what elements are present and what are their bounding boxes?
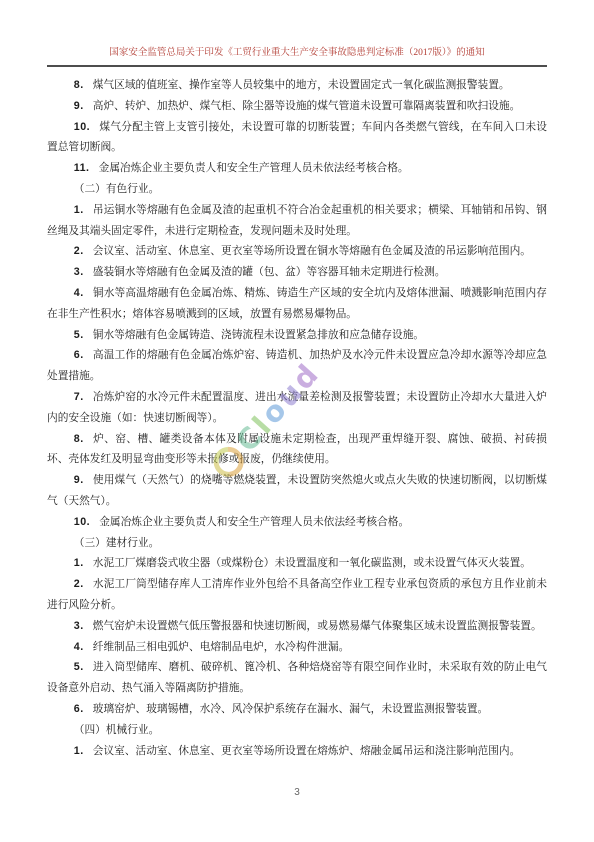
paragraph: 9.高炉、转炉、加热炉、煤气柜、除尘器等设施的煤气管道未设置可靠隔离装置和吹扫设…	[47, 96, 547, 117]
item-number: 10.	[74, 121, 90, 133]
item-number: 6.	[74, 703, 84, 715]
item-number: 8.	[74, 433, 84, 445]
item-text: 进入筒型储库、磨机、破碎机、篦冷机、各种焙烧窑等有限空间作业时，未采取有效的防止…	[47, 661, 547, 694]
item-number: 2.	[74, 245, 84, 257]
item-number: 6.	[74, 349, 84, 361]
item-text: 水泥工厂筒型储存库人工清库作业外包给不具备高空作业工程专业承包资质的承包方且作业…	[47, 578, 547, 611]
item-text: 高炉、转炉、加热炉、煤气柜、除尘器等设施的煤气管道未设置可靠隔离装置和吹扫设施。	[93, 100, 521, 112]
document-page: 国家安全监管总局关于印发《工贸行业重大生产安全事故隐患判定标准（2017版）》的…	[0, 0, 594, 842]
item-text: 吊运铜水等熔融有色金属及渣的起重机不符合冶金起重机的相关要求；横梁、耳轴销和吊钩…	[47, 204, 547, 237]
item-number: 1.	[74, 557, 84, 569]
item-number: 5.	[74, 329, 84, 341]
paragraph: 5.进入筒型储库、磨机、破碎机、篦冷机、各种焙烧窑等有限空间作业时，未采取有效的…	[47, 657, 547, 699]
item-number: 11.	[74, 162, 90, 174]
paragraph: 2.会议室、活动室、休息室、更衣室等场所设置在铜水等熔融有色金属及渣的吊运影响范…	[47, 241, 547, 262]
section-heading: （二）有色行业。	[47, 179, 547, 200]
page-number: 3	[0, 787, 594, 798]
paragraph: 3.燃气窑炉未设置燃气低压警报器和快速切断阀，或易燃易爆气体聚集区域未设置监测报…	[47, 616, 547, 637]
item-number: 2.	[74, 578, 84, 590]
item-text: （二）有色行业。	[74, 183, 160, 195]
item-text: 冶炼炉窑的水冷元件未配置温度、进出水流量差检测及报警装置；未设置防止冷却水大量进…	[47, 391, 547, 424]
paragraph: 11.金属冶炼企业主要负责人和安全生产管理人员未依法经考核合格。	[47, 158, 547, 179]
paragraph: 10.煤气分配主管上支管引接处，未设置可靠的切断装置；车间内各类燃气管线，在车间…	[47, 117, 547, 159]
item-text: 会议室、活动室、休息室、更衣室等场所设置在铜水等熔融有色金属及渣的吊运影响范围内…	[93, 245, 531, 257]
item-text: 盛装铜水等熔融有色金属及渣的罐（包、盆）等容器耳轴未定期进行检测。	[93, 266, 446, 278]
paragraph: 6.高温工作的熔融有色金属冶炼炉窑、铸造机、加热炉及水冷元件未设置应急冷却水源等…	[47, 345, 547, 387]
item-number: 4.	[74, 641, 84, 653]
item-number: 9.	[74, 100, 84, 112]
item-text: 煤气分配主管上支管引接处，未设置可靠的切断装置；车间内各类燃气管线，在车间入口未…	[47, 121, 547, 154]
item-number: 1.	[74, 745, 84, 757]
section-heading: （三）建材行业。	[47, 533, 547, 554]
item-number: 3.	[74, 266, 84, 278]
paragraph: 1.会议室、活动室、休息室、更衣室等场所设置在熔炼炉、熔融金属吊运和浇注影响范围…	[47, 741, 547, 762]
item-text: 使用煤气（天然气）的烧嘴等燃烧装置，未设置防突然熄火或点火失败的快速切断阀，以切…	[47, 474, 547, 507]
item-text: 铜水等高温熔融有色金属冶炼、精炼、铸造生产区域的安全坑内及熔体泄漏、喷溅影响范围…	[47, 287, 547, 320]
paragraph: 9.使用煤气（天然气）的烧嘴等燃烧装置，未设置防突然熄火或点火失败的快速切断阀，…	[47, 470, 547, 512]
item-text: （三）建材行业。	[74, 537, 160, 549]
paragraph: 6.玻璃窑炉、玻璃锡槽，水冷、风冷保护系统存在漏水、漏气，未设置监测报警装置。	[47, 699, 547, 720]
item-number: 1.	[74, 204, 84, 216]
document-header-title: 国家安全监管总局关于印发《工贸行业重大生产安全事故隐患判定标准（2017版）》的…	[47, 44, 547, 67]
paragraph: 4.纤维制品三相电弧炉、电熔制品电炉，水冷构件泄漏。	[47, 637, 547, 658]
item-number: 3.	[74, 620, 84, 632]
paragraph: 10.金属冶炼企业主要负责人和安全生产管理人员未依法经考核合格。	[47, 512, 547, 533]
document-body: 8.煤气区域的值班室、操作室等人员较集中的地方，未设置固定式一氧化碳监测报警装置…	[47, 75, 547, 761]
item-text: 煤气区域的值班室、操作室等人员较集中的地方，未设置固定式一氧化碳监测报警装置。	[93, 79, 510, 91]
item-text: （四）机械行业。	[74, 724, 160, 736]
item-text: 纤维制品三相电弧炉、电熔制品电炉，水冷构件泄漏。	[93, 641, 350, 653]
paragraph: 2.水泥工厂筒型储存库人工清库作业外包给不具备高空作业工程专业承包资质的承包方且…	[47, 574, 547, 616]
item-text: 金属冶炼企业主要负责人和安全生产管理人员未依法经考核合格。	[99, 162, 409, 174]
paragraph: 5.铜水等熔融有色金属铸造、浇铸流程未设置紧急排放和应急储存设施。	[47, 325, 547, 346]
item-text: 水泥工厂煤磨袋式收尘器（或煤粉仓）未设置温度和一氧化碳监测，或未设置气体灭火装置…	[93, 557, 531, 569]
item-text: 燃气窑炉未设置燃气低压警报器和快速切断阀，或易燃易爆气体聚集区域未设置监测报警装…	[93, 620, 542, 632]
item-text: 会议室、活动室、休息室、更衣室等场所设置在熔炼炉、熔融金属吊运和浇注影响范围内。	[93, 745, 521, 757]
item-number: 7.	[74, 391, 84, 403]
paragraph: 1.水泥工厂煤磨袋式收尘器（或煤粉仓）未设置温度和一氧化碳监测，或未设置气体灭火…	[47, 553, 547, 574]
paragraph: 7.冶炼炉窑的水冷元件未配置温度、进出水流量差检测及报警装置；未设置防止冷却水大…	[47, 387, 547, 429]
item-number: 9.	[74, 474, 84, 486]
item-text: 玻璃窑炉、玻璃锡槽，水冷、风冷保护系统存在漏水、漏气，未设置监测报警装置。	[93, 703, 488, 715]
item-text: 炉、窑、槽、罐类设备本体及附属设施未定期检查，出现严重焊缝开裂、腐蚀、破损、衬砖…	[47, 433, 547, 466]
item-number: 10.	[74, 516, 90, 528]
paragraph: 4.铜水等高温熔融有色金属冶炼、精炼、铸造生产区域的安全坑内及熔体泄漏、喷溅影响…	[47, 283, 547, 325]
item-number: 4.	[74, 287, 84, 299]
item-text: 铜水等熔融有色金属铸造、浇铸流程未设置紧急排放和应急储存设施。	[93, 329, 424, 341]
item-number: 8.	[74, 79, 84, 91]
paragraph: 1.吊运铜水等熔融有色金属及渣的起重机不符合冶金起重机的相关要求；横梁、耳轴销和…	[47, 200, 547, 242]
section-heading: （四）机械行业。	[47, 720, 547, 741]
item-text: 金属冶炼企业主要负责人和安全生产管理人员未依法经考核合格。	[99, 516, 409, 528]
paragraph: 8.煤气区域的值班室、操作室等人员较集中的地方，未设置固定式一氧化碳监测报警装置…	[47, 75, 547, 96]
item-number: 5.	[74, 661, 84, 673]
paragraph: 3.盛装铜水等熔融有色金属及渣的罐（包、盆）等容器耳轴未定期进行检测。	[47, 262, 547, 283]
paragraph: 8.炉、窑、槽、罐类设备本体及附属设施未定期检查，出现严重焊缝开裂、腐蚀、破损、…	[47, 429, 547, 471]
item-text: 高温工作的熔融有色金属冶炼炉窑、铸造机、加热炉及水冷元件未设置应急冷却水源等冷却…	[47, 349, 547, 382]
